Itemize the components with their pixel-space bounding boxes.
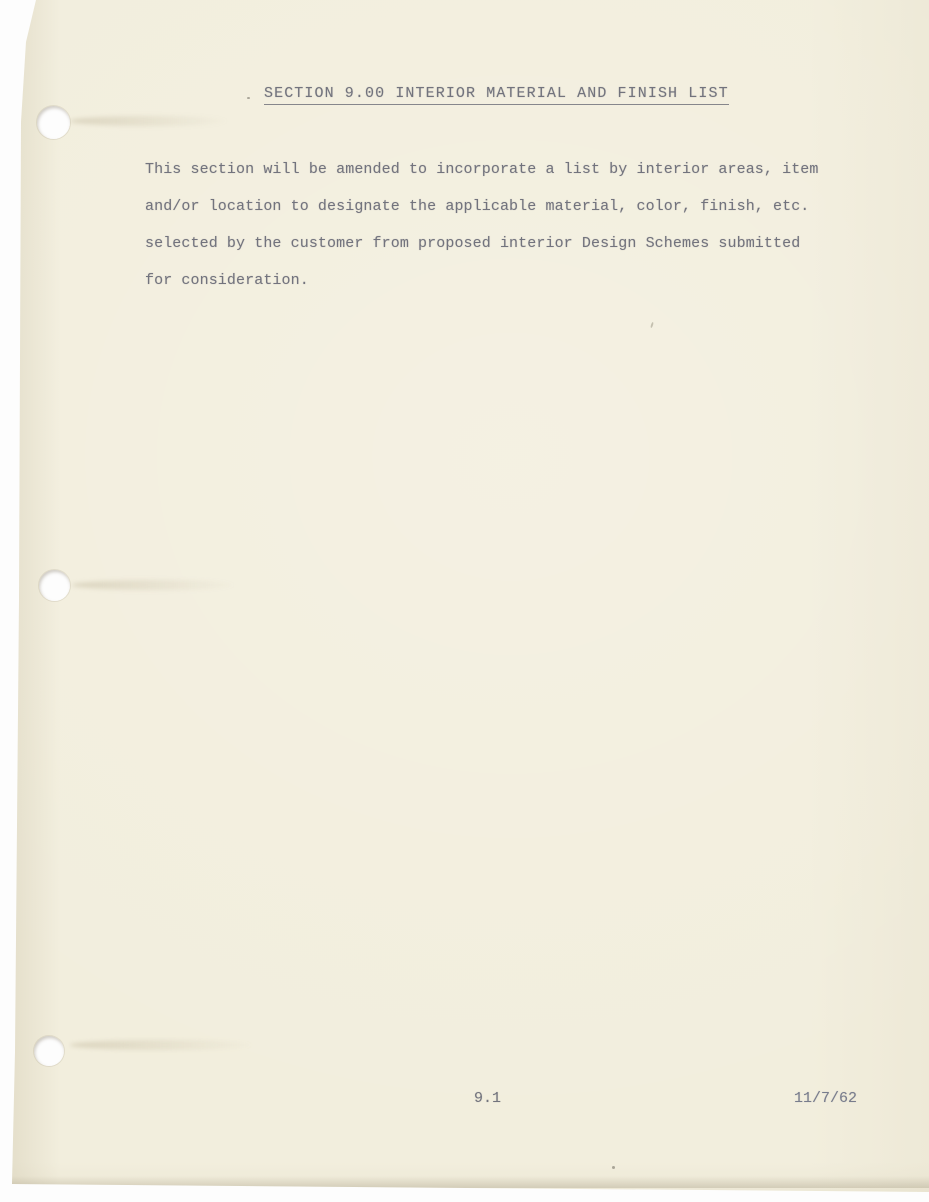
paragraph-line: selected by the customer from proposed i…: [145, 225, 819, 262]
page-number: 9.1: [474, 1090, 501, 1107]
paper-crease: [70, 1040, 255, 1050]
punch-hole-top: [37, 106, 70, 139]
paper-sheet: SECTION 9.00 INTERIOR MATERIAL AND FINIS…: [0, 0, 929, 1202]
paper-bottom-edge-shadow: [8, 1176, 929, 1188]
scanned-document-page: SECTION 9.00 INTERIOR MATERIAL AND FINIS…: [0, 0, 929, 1202]
punch-hole-middle: [39, 570, 70, 601]
revision-date: 11/7/62: [794, 1090, 857, 1107]
body-paragraph: This section will be amended to incorpor…: [145, 151, 819, 299]
paper-crease: [70, 116, 230, 126]
paper-crease: [72, 580, 237, 590]
paragraph-line: and/or location to designate the applica…: [145, 188, 819, 225]
scan-speck: [650, 322, 654, 328]
scan-speck: [247, 97, 250, 99]
scan-speck: [612, 1166, 615, 1169]
paragraph-line: for consideration.: [145, 262, 819, 299]
punch-hole-bottom: [34, 1036, 64, 1066]
section-title: SECTION 9.00 INTERIOR MATERIAL AND FINIS…: [264, 85, 729, 105]
paragraph-line: This section will be amended to incorpor…: [145, 151, 819, 188]
